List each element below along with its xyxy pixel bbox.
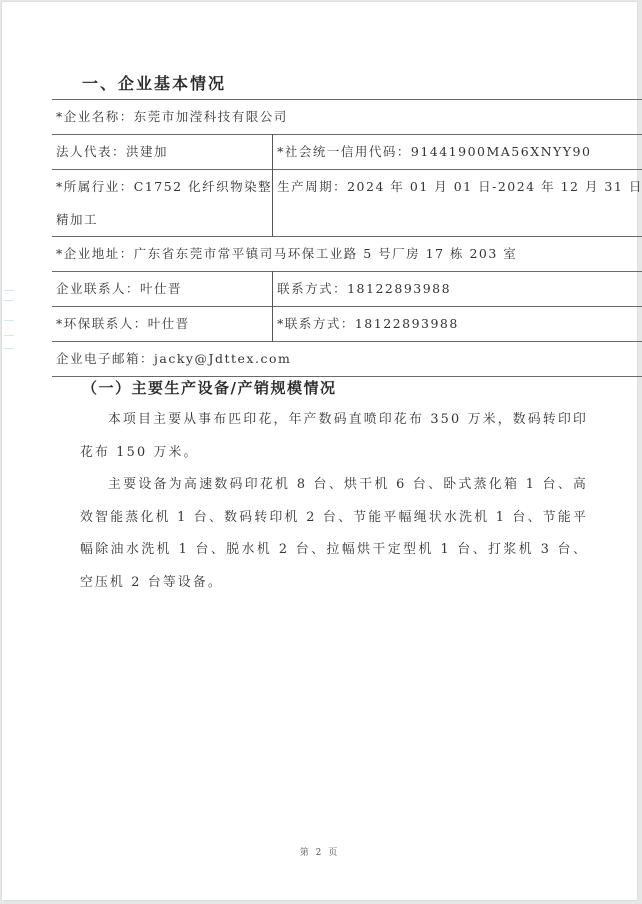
company-name-cell: *企业名称：东莞市加滢科技有限公司 (52, 100, 642, 135)
legal-representative: 法人代表：洪建加 (56, 135, 272, 169)
table-row: 企业联系人：叶仕晋 联系方式：18122893988 (52, 272, 642, 307)
paragraph-production-scale: 本项目主要从事布匹印花，年产数码直喷印花布 350 万米，数码转印印花布 150… (80, 404, 588, 469)
table-row: 法人代表：洪建加 *社会统一信用代码：91441900MA56XNYY90 (52, 135, 642, 170)
industry-line-2: 精加工 (56, 203, 272, 236)
section-heading: 一、企业基本情况 (82, 74, 226, 94)
legal-rep-cell: 法人代表：洪建加 (52, 135, 273, 170)
contact-phone-cell: 联系方式：18122893988 (273, 272, 642, 307)
industry-line-1: *所属行业：C1752 化纤织物染整 (56, 170, 272, 203)
company-info-table: *企业名称：东莞市加滢科技有限公司 法人代表：洪建加 *社会统一信用代码：914… (52, 99, 642, 377)
table-row: *所属行业：C1752 化纤织物染整 精加工 生产周期：2024 年 01 月 … (52, 170, 642, 237)
production-period-cell: 生产周期：2024 年 01 月 01 日-2024 年 12 月 31 日 (273, 170, 642, 237)
page-number: 第 2 页 (2, 845, 637, 858)
table-row: *环保联系人：叶仕晋 *联系方式：18122893988 (52, 307, 642, 342)
credit-code-cell: *社会统一信用代码：91441900MA56XNYY90 (273, 135, 642, 170)
paragraph-equipment: 主要设备为高速数码印花机 8 台、烘干机 6 台、卧式蒸化箱 1 台、高效智能蒸… (80, 469, 588, 599)
env-contact-phone: *联系方式：18122893988 (277, 307, 642, 341)
contact-person: 企业联系人：叶仕晋 (56, 272, 272, 306)
document-page: 一、企业基本情况 *企业名称：东莞市加滢科技有限公司 法人代表：洪建加 *社会统… (2, 2, 637, 900)
company-address: *企业地址：广东省东莞市常平镇司马环保工业路 5 号厂房 17 栋 203 室 (56, 237, 642, 271)
env-contact-person: *环保联系人：叶仕晋 (56, 307, 272, 341)
body-text: 本项目主要从事布匹印花，年产数码直喷印花布 350 万米，数码转印印花布 150… (80, 404, 588, 599)
email-cell: 企业电子邮箱：jacky@Jdttex.com (52, 342, 642, 377)
company-email: 企业电子邮箱：jacky@Jdttex.com (56, 342, 642, 376)
table-row: 企业电子邮箱：jacky@Jdttex.com (52, 342, 642, 377)
contact-phone: 联系方式：18122893988 (277, 272, 642, 306)
scan-artifact (2, 290, 14, 360)
table-row: *企业地址：广东省东莞市常平镇司马环保工业路 5 号厂房 17 栋 203 室 (52, 237, 642, 272)
address-cell: *企业地址：广东省东莞市常平镇司马环保工业路 5 号厂房 17 栋 203 室 (52, 237, 642, 272)
company-name: *企业名称：东莞市加滢科技有限公司 (56, 100, 642, 134)
subsection-title: （一）主要生产设备/产销规模情况 (82, 377, 336, 398)
env-contact-person-cell: *环保联系人：叶仕晋 (52, 307, 273, 342)
credit-code: *社会统一信用代码：91441900MA56XNYY90 (277, 135, 642, 169)
table-row: *企业名称：东莞市加滢科技有限公司 (52, 100, 642, 135)
production-period: 生产周期：2024 年 01 月 01 日-2024 年 12 月 31 日 (277, 170, 642, 203)
env-contact-phone-cell: *联系方式：18122893988 (273, 307, 642, 342)
contact-person-cell: 企业联系人：叶仕晋 (52, 272, 273, 307)
industry-cell: *所属行业：C1752 化纤织物染整 精加工 (52, 170, 273, 237)
